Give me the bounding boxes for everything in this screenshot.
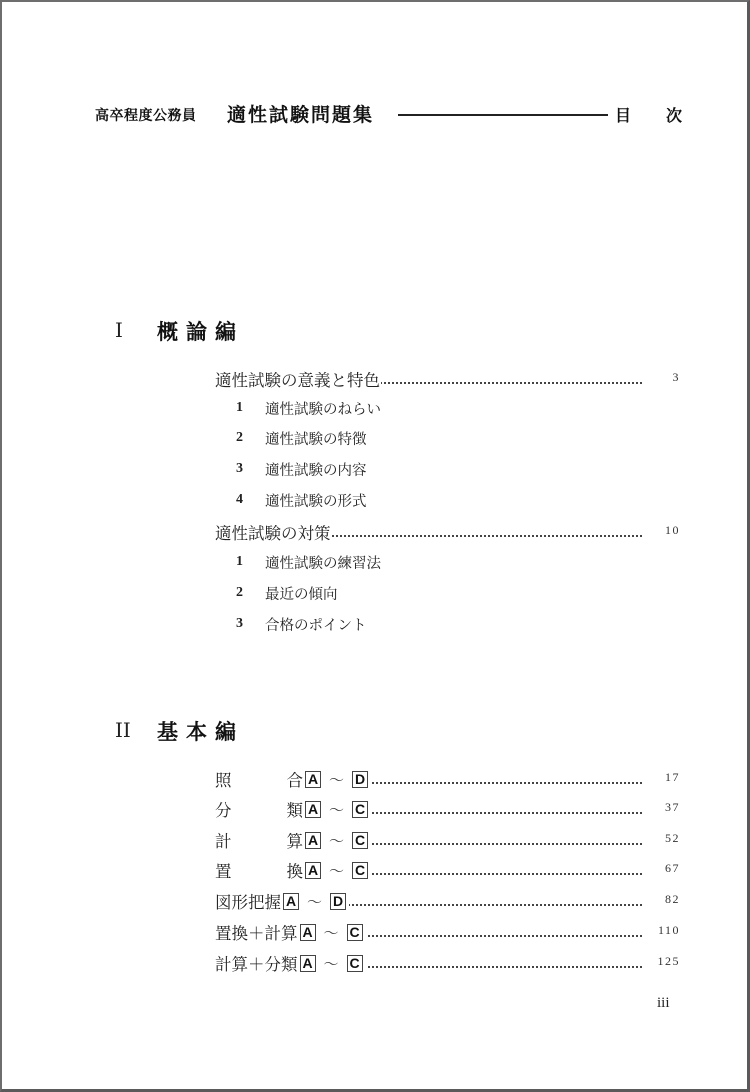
entry-label-char: 置 (215, 858, 232, 882)
section-numeral: I (115, 318, 123, 342)
entry-page: 17 (665, 770, 680, 785)
level-box-from: A (305, 832, 321, 849)
entry-page: 52 (665, 831, 680, 846)
entry-label: 適性試験の意義と特色 (215, 367, 380, 391)
book-title: 適性試験問題集 (227, 100, 374, 127)
sub-item-number: 2 (236, 430, 243, 446)
book-subtitle: 高卒程度公務員 (95, 105, 197, 125)
sub-item-number: 1 (236, 400, 243, 416)
toc-label-moku: 目 (615, 103, 631, 126)
level-box-to: D (352, 771, 368, 788)
entry-label-char: 照 (215, 767, 232, 791)
toc-entry[interactable]: 図形把握 A ～ D 82 (215, 889, 680, 915)
entry-page: 10 (665, 523, 680, 538)
entry-label-char: 分 (215, 797, 232, 821)
entry-page: 125 (658, 954, 681, 969)
entry-page: 67 (665, 861, 680, 876)
toc-entry[interactable]: 計算＋分類 A ～ C 125 (215, 951, 680, 977)
level-box-to: C (352, 832, 368, 849)
sub-item-text: 最近の傾向 (265, 583, 338, 604)
sub-item-text: 合格のポイント (265, 614, 367, 635)
sub-item-number: 2 (236, 585, 243, 601)
entry-label: 置換＋計算 (215, 920, 298, 944)
sub-item-number: 3 (236, 616, 243, 632)
entry-label-char: 算 (287, 828, 304, 852)
level-box-from: A (305, 771, 321, 788)
entry-label-char: 換 (287, 858, 304, 882)
level-box-from: A (305, 862, 321, 879)
level-box-to: C (352, 801, 368, 818)
sub-item-text: 適性試験の練習法 (265, 552, 381, 573)
level-box-to: C (347, 955, 363, 972)
range-tilde: ～ (324, 953, 339, 974)
level-box-from: A (305, 801, 321, 818)
level-box-to: D (330, 893, 346, 910)
sub-item-text: 適性試験の形式 (265, 490, 367, 511)
sub-item-number: 3 (236, 461, 243, 477)
toc-entry[interactable]: 置換 A ～ C 67 (215, 858, 680, 884)
entry-label: 計算＋分類 (215, 951, 298, 975)
range-tilde: ～ (329, 769, 344, 790)
toc-entry[interactable]: 計算 A ～ C 52 (215, 828, 680, 854)
toc-entry[interactable]: 適性試験の意義と特色 3 (215, 367, 680, 393)
level-box-to: C (352, 862, 368, 879)
toc-entry[interactable]: 照合 A ～ D 17 (215, 767, 680, 793)
section-name: 基本編 (157, 716, 244, 746)
range-tilde: ～ (329, 860, 344, 881)
entry-page: 82 (665, 892, 680, 907)
range-tilde: ～ (307, 891, 322, 912)
level-box-to: C (347, 924, 363, 941)
sub-item-number: 4 (236, 492, 243, 508)
running-header: 高卒程度公務員 適性試験問題集 目 次 (95, 100, 695, 130)
sub-item-text: 適性試験のねらい (265, 398, 381, 419)
range-tilde: ～ (329, 830, 344, 851)
range-tilde: ～ (324, 922, 339, 943)
toc-entry[interactable]: 置換＋計算 A ～ C 110 (215, 920, 680, 946)
sub-item-number: 1 (236, 554, 243, 570)
entry-label-char: 計 (215, 828, 232, 852)
level-box-from: A (300, 924, 316, 941)
entry-label: 適性試験の対策 (215, 520, 331, 544)
section-name: 概論編 (157, 316, 244, 346)
entry-label-char: 類 (287, 797, 304, 821)
entry-page: 3 (673, 370, 681, 385)
section-numeral: II (115, 718, 131, 742)
level-box-from: A (300, 955, 316, 972)
sub-item-text: 適性試験の内容 (265, 459, 367, 480)
entry-label-char: 合 (287, 767, 304, 791)
level-box-from: A (283, 893, 299, 910)
entry-page: 110 (658, 923, 680, 938)
toc-label-ji: 次 (666, 103, 682, 126)
folio-page-number: iii (657, 995, 670, 1012)
range-tilde: ～ (329, 799, 344, 820)
header-rule (398, 114, 608, 116)
entry-label: 図形把握 (215, 889, 281, 913)
toc-entry[interactable]: 適性試験の対策 10 (215, 520, 680, 546)
toc-entry[interactable]: 分類 A ～ C 37 (215, 797, 680, 823)
sub-item-text: 適性試験の特徴 (265, 428, 367, 449)
entry-page: 37 (665, 800, 680, 815)
